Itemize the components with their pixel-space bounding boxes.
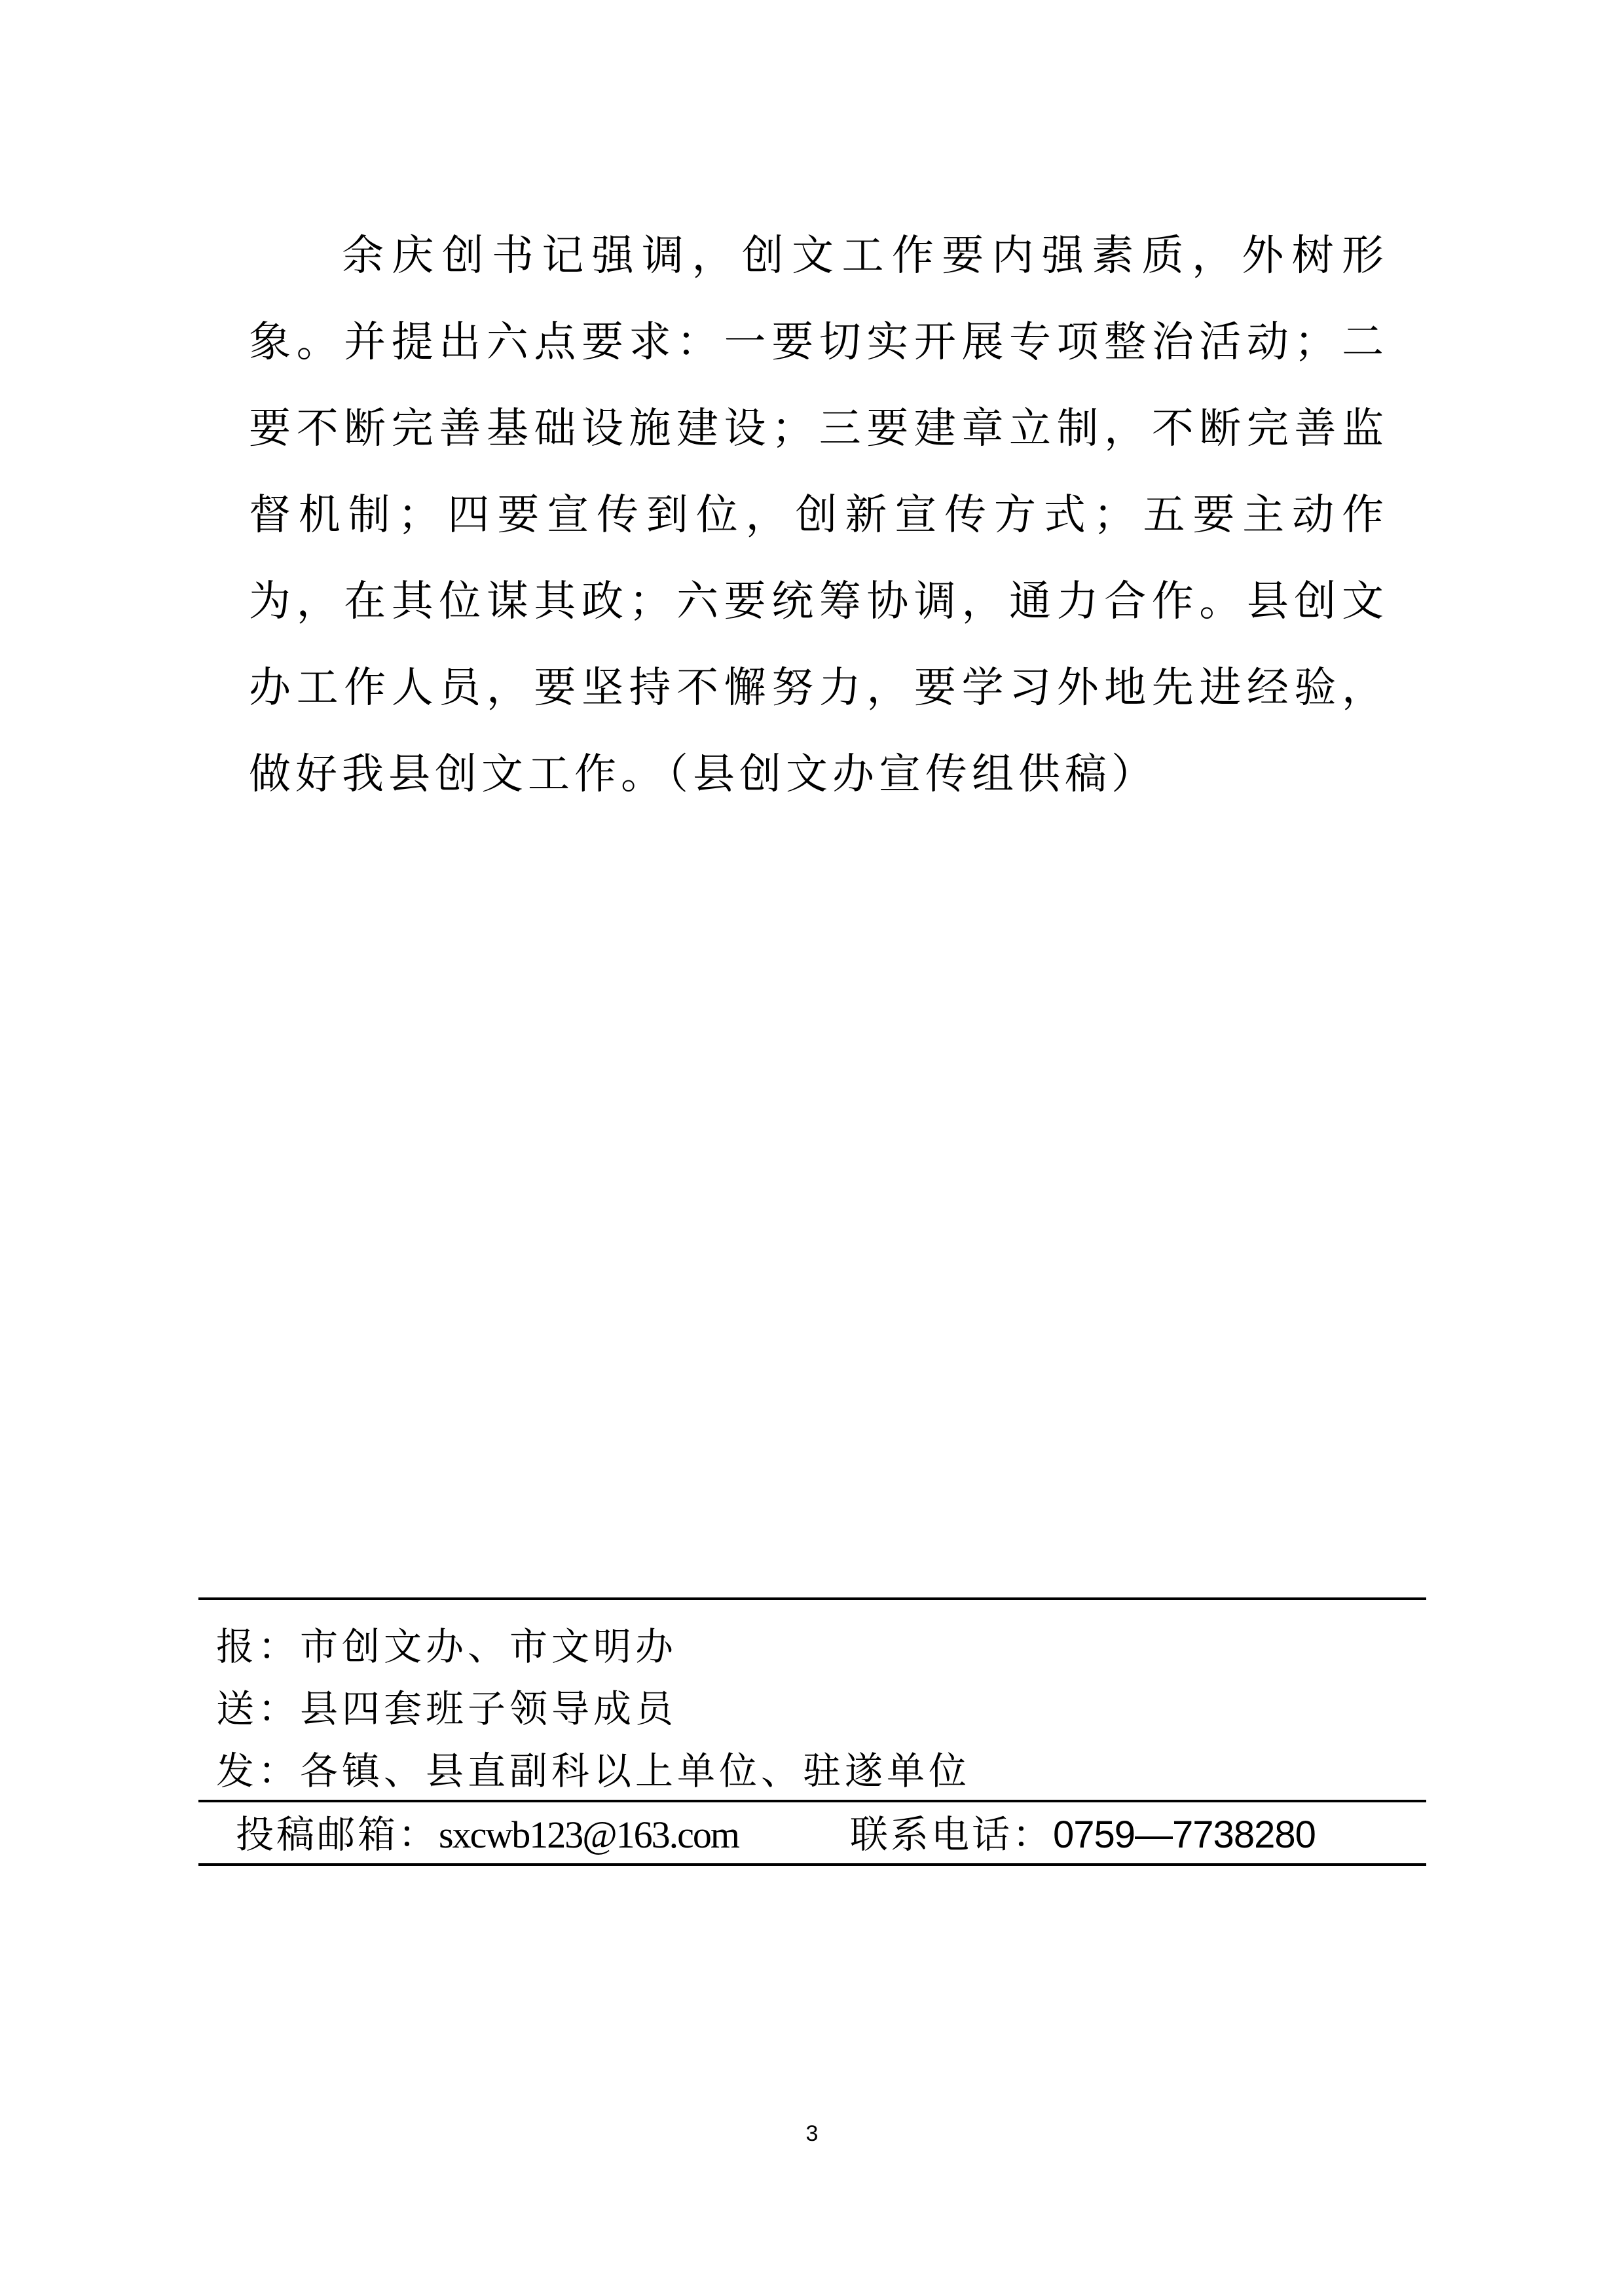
divider-top [198,1597,1426,1600]
distribution-issue-to: 发：各镇、县直副科以上单位、驻遂单位 [216,1745,970,1797]
report-to-value: 市创文办、市文明办 [300,1624,677,1669]
page-number: 3 [0,2121,1624,2147]
phone-number: 0759—7738280 [1053,1813,1316,1856]
distribution-report-to: 报：市创文办、市文明办 [216,1620,677,1673]
divider-bottom [198,1863,1426,1866]
email-link[interactable]: sxcwb123@163.com [439,1813,739,1856]
send-to-label: 送： [216,1686,300,1731]
issue-to-value: 各镇、县直副科以上单位、驻遂单位 [300,1749,970,1793]
contact-line: 投稿邮箱：sxcwb123@163.com联系电话：0759—7738280 [236,1808,1316,1861]
report-to-label: 报： [216,1624,300,1669]
phone-label: 联系电话： [850,1812,1053,1857]
email-label: 投稿邮箱： [236,1812,439,1857]
issue-to-label: 发： [216,1749,300,1793]
divider-middle [198,1800,1426,1802]
send-to-value: 县四套班子领导成员 [300,1686,677,1731]
distribution-send-to: 送：县四套班子领导成员 [216,1683,677,1735]
article-paragraph: 余庆创书记强调，创文工作要内强素质，外树形象。并提出六点要求：一要切实开展专项整… [249,213,1388,818]
